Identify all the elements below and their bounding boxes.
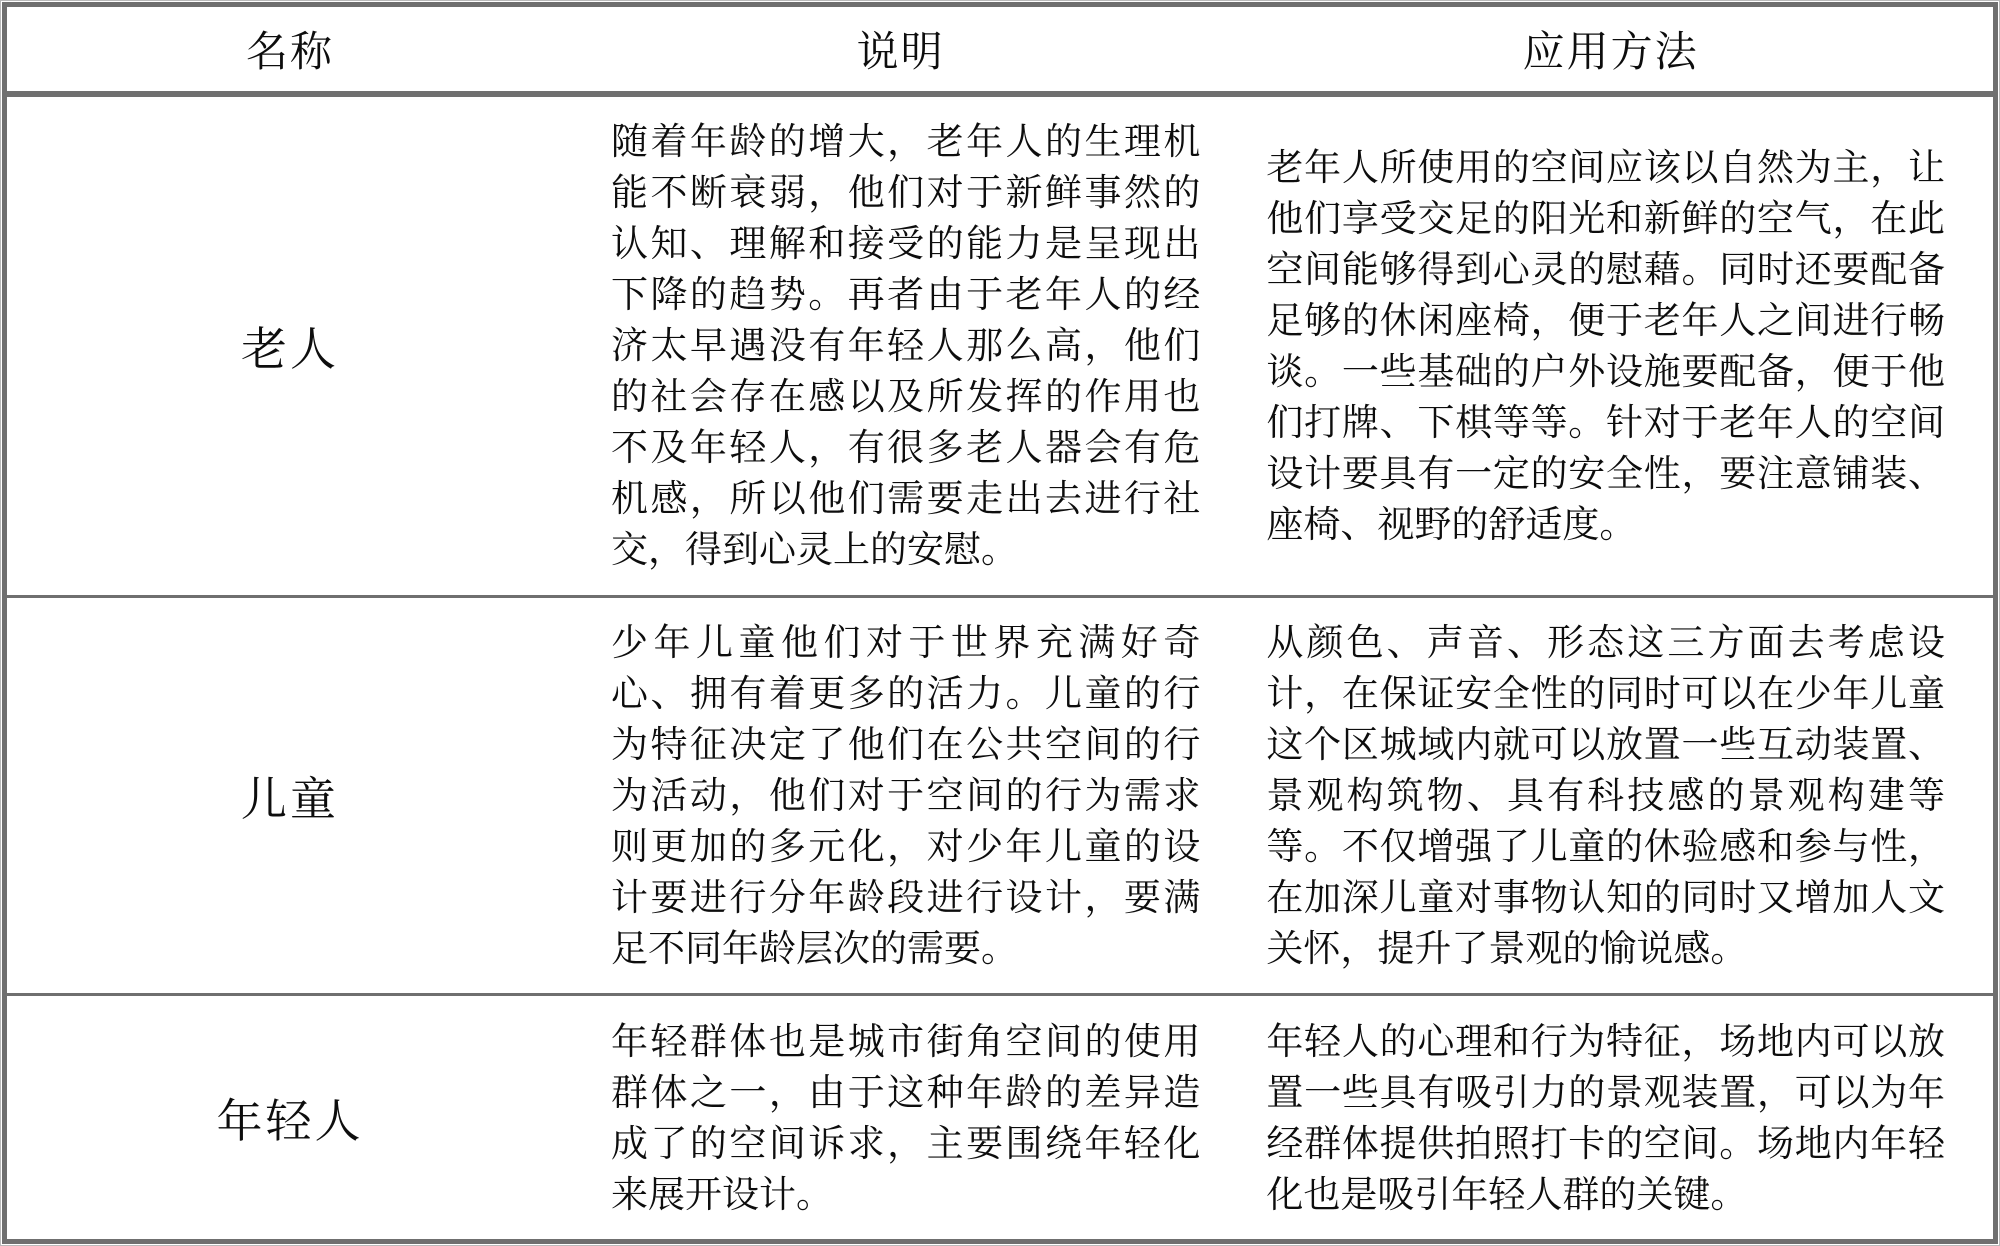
- description-cell: 少年儿童他们对于世界充满好奇心、拥有着更多的活力。儿童的行为特征决定了他们在公共…: [573, 598, 1228, 994]
- description-text: 随着年龄的增大，老年人的生理机能不断衰弱，他们对于新鲜事然的认知、理解和接受的能…: [611, 116, 1200, 575]
- user-groups-table: 名称 说明 应用方法 老人 随着年龄的增大，老年人的生理机能不断衰弱，他们对于新…: [2, 2, 1998, 1244]
- table-row-young-people: 年轻人 年轻群体也是城市街角空间的使用群体之一，由于这种年龄的差异造成了的空间诉…: [7, 993, 1993, 1239]
- table-row-elderly: 老人 随着年龄的增大，老年人的生理机能不断衰弱，他们对于新鲜事然的认知、理解和接…: [7, 97, 1993, 595]
- description-cell: 年轻群体也是城市街角空间的使用群体之一，由于这种年龄的差异造成了的空间诉求，主要…: [573, 996, 1228, 1239]
- row-label: 年轻人: [7, 996, 573, 1239]
- column-header-application: 应用方法: [1228, 7, 1993, 91]
- table-header-row: 名称 说明 应用方法: [7, 7, 1993, 97]
- row-label: 儿童: [7, 598, 573, 994]
- description-cell: 随着年龄的增大，老年人的生理机能不断衰弱，他们对于新鲜事然的认知、理解和接受的能…: [573, 97, 1228, 595]
- description-text: 年轻群体也是城市街角空间的使用群体之一，由于这种年龄的差异造成了的空间诉求，主要…: [611, 1016, 1200, 1220]
- description-text: 少年儿童他们对于世界充满好奇心、拥有着更多的活力。儿童的行为特征决定了他们在公共…: [611, 617, 1200, 974]
- application-cell: 从颜色、声音、形态这三方面去考虑设计，在保证安全性的同时可以在少年儿童这个区城域…: [1228, 598, 1993, 994]
- column-header-description: 说明: [573, 7, 1228, 91]
- application-text: 年轻人的心理和行为特征，场地内可以放置一些具有吸引力的景观装置，可以为年经群体提…: [1266, 1016, 1945, 1220]
- application-cell: 老年人所使用的空间应该以自然为主，让他们享受交足的阳光和新鲜的空气，在此空间能够…: [1228, 97, 1993, 595]
- application-text: 老年人所使用的空间应该以自然为主，让他们享受交足的阳光和新鲜的空气，在此空间能够…: [1266, 142, 1945, 550]
- row-label: 老人: [7, 97, 573, 595]
- table-row-children: 儿童 少年儿童他们对于世界充满好奇心、拥有着更多的活力。儿童的行为特征决定了他们…: [7, 595, 1993, 994]
- page: 名称 说明 应用方法 老人 随着年龄的增大，老年人的生理机能不断衰弱，他们对于新…: [0, 0, 2000, 1246]
- application-text: 从颜色、声音、形态这三方面去考虑设计，在保证安全性的同时可以在少年儿童这个区城域…: [1266, 617, 1945, 974]
- column-header-name: 名称: [7, 7, 573, 91]
- application-cell: 年轻人的心理和行为特征，场地内可以放置一些具有吸引力的景观装置，可以为年经群体提…: [1228, 996, 1993, 1239]
- table-outer-frame: 名称 说明 应用方法 老人 随着年龄的增大，老年人的生理机能不断衰弱，他们对于新…: [0, 0, 2000, 1246]
